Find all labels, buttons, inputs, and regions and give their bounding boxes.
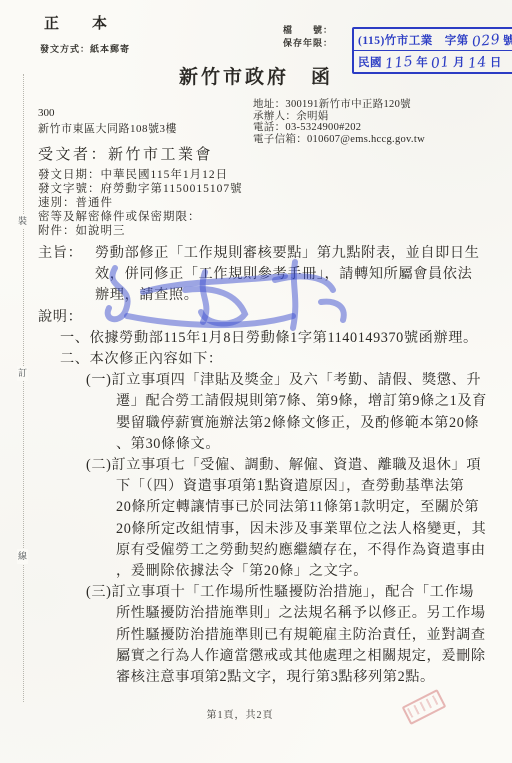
delivery-method-label: 發文方式：紙本郵寄 (40, 42, 130, 55)
explanation-item-2: 二、本次修正內容如下： (60, 349, 512, 370)
explanation-item-1: 一、依據勞動部115年1月8日勞動條1字第1140149370號函辦理。 (60, 328, 512, 349)
explanation-subitem-3: (三)訂立事項十「工作場所性騷擾防治措施」，配合「工作場 所性騷擾防治措施準則」… (86, 582, 512, 688)
addressee-street: 新竹市東區大同路108號3樓 (38, 120, 177, 136)
subject-line: 勞動部修正「工作規則審核要點」第九點附表，並自即日生 (95, 243, 479, 264)
sender-handler: 承辦人：余明娟 (253, 111, 425, 123)
letter-body: 主旨： 勞動部修正「工作規則審核要點」第九點附表，並自即日生 效，併同修正「工作… (0, 243, 512, 688)
subject-section: 主旨： 勞動部修正「工作規則審核要點」第九點附表，並自即日生 效，併同修正「工作… (0, 243, 512, 307)
subitem-line: 原有受僱勞工之勞動契約應繼續存在，不得作為資遣事由 (86, 540, 512, 561)
file-number-label: 檔 號： (283, 24, 333, 37)
subitem-line: 遷」配合勞工請假規則第7條、第9條，增訂第9條之1及育 (86, 391, 512, 412)
file-retention-labels: 檔 號： 保存年限： (283, 24, 333, 50)
attachment-note: 附件：如說明三 (38, 224, 243, 238)
stamp-doc-series: (115)竹市工業 字第 (358, 32, 469, 48)
speed-class: 速別：普通件 (38, 196, 243, 210)
explanation-subitem-1: (一)訂立事項四「津貼及獎金」及六「考勤、請假、獎懲、升 遷」配合勞工請假規則第… (86, 370, 512, 455)
issue-date: 發文日期：中華民國115年1月12日 (38, 168, 243, 182)
subitem-line: 20條所定改組情事，因未涉及事業單位之法人格變更，其 (86, 519, 512, 540)
receipt-stamp-line1: (115)竹市工業 字第 029 號 (354, 29, 512, 50)
copy-type-label: 正 本 (44, 12, 116, 33)
subitem-line: ，爰刪除依據法令「第20條」之文字。 (86, 561, 512, 582)
explanation-subitem-2: (二)訂立事項七「受僱、調動、解僱、資遣、離職及退休」項 下「（四）資遣事項第1… (86, 455, 512, 582)
addressee-zip: 300 (38, 107, 55, 119)
margin-mark-zhuang: 裝 (17, 214, 28, 229)
subject-line: 效，併同修正「工作規則參考手冊」，請轉知所屬會員依法 (95, 264, 479, 285)
recipient-line: 受文者：新竹市工業會 (38, 143, 213, 164)
subitem-line: 、第30條條文。 (86, 434, 512, 455)
subject-line: 辦理，請查照。 (95, 285, 479, 306)
subitem-line: 嬰留職停薪實施辦法第2條條文修正，及酌修範本第20條 (86, 413, 512, 434)
document-title: 新竹市政府 函 (0, 62, 512, 89)
sender-email: 電子信箱：010607@ems.hccg.gov.tw (253, 134, 425, 146)
subject-label: 主旨： (38, 243, 95, 307)
subitem-line: 下「（四）資遣事項第1點資遣原因」，查勞動基準法第 (86, 476, 512, 497)
scanned-official-letter: 裝 訂 線 正 本 發文方式：紙本郵寄 檔 號： 保存年限： (115)竹市工業… (0, 0, 512, 763)
document-meta-block: 發文日期：中華民國115年1月12日 發文字號：府勞動字第1150015107號… (38, 168, 243, 238)
subject-text: 勞動部修正「工作規則審核要點」第九點附表，並自即日生 效，併同修正「工作規則參考… (95, 243, 479, 307)
subitem-line: 所性騷擾防治措施準則」之法規名稱予以修正。另工作場 (86, 603, 512, 624)
subitem-line: (一)訂立事項四「津貼及獎金」及六「考勤、請假、獎懲、升 (86, 370, 512, 391)
subitem-line: 屬實之行為人作適當懲戒或其他處理之相關規定，爰刪除 (86, 646, 512, 667)
subitem-line: (三)訂立事項十「工作場所性騷擾防治措施」，配合「工作場 (86, 582, 512, 603)
sender-contact-block: 地址：300191新竹市中正路120號 承辦人：余明娟 電話：03-532490… (253, 99, 425, 145)
subitem-line: 所性騷擾防治措施準則已有規範雇主防治責任，並對調查 (86, 625, 512, 646)
issue-number: 發文字號：府勞動字第1150015107號 (38, 182, 243, 196)
stamp-doc-number-handwritten: 029 (471, 31, 501, 50)
retention-period-label: 保存年限： (283, 37, 333, 50)
stamp-doc-number-unit: 號 (503, 32, 512, 48)
subitem-line: 審核注意事項第2點文字，現行第3點移列第2點。 (86, 667, 512, 688)
sender-phone: 電話：03-5324900#202 (253, 122, 425, 134)
subitem-line: 20條所定轉讓情事已於同法第11條第1款明定，至關於第 (86, 497, 512, 518)
security-class: 密等及解密條件或保密期限： (38, 210, 243, 224)
subitem-line: (二)訂立事項七「受僱、調動、解僱、資遣、離職及退休」項 (86, 455, 512, 476)
sender-address: 地址：300191新竹市中正路120號 (253, 99, 425, 111)
explanation-label: 說明： (38, 307, 512, 328)
